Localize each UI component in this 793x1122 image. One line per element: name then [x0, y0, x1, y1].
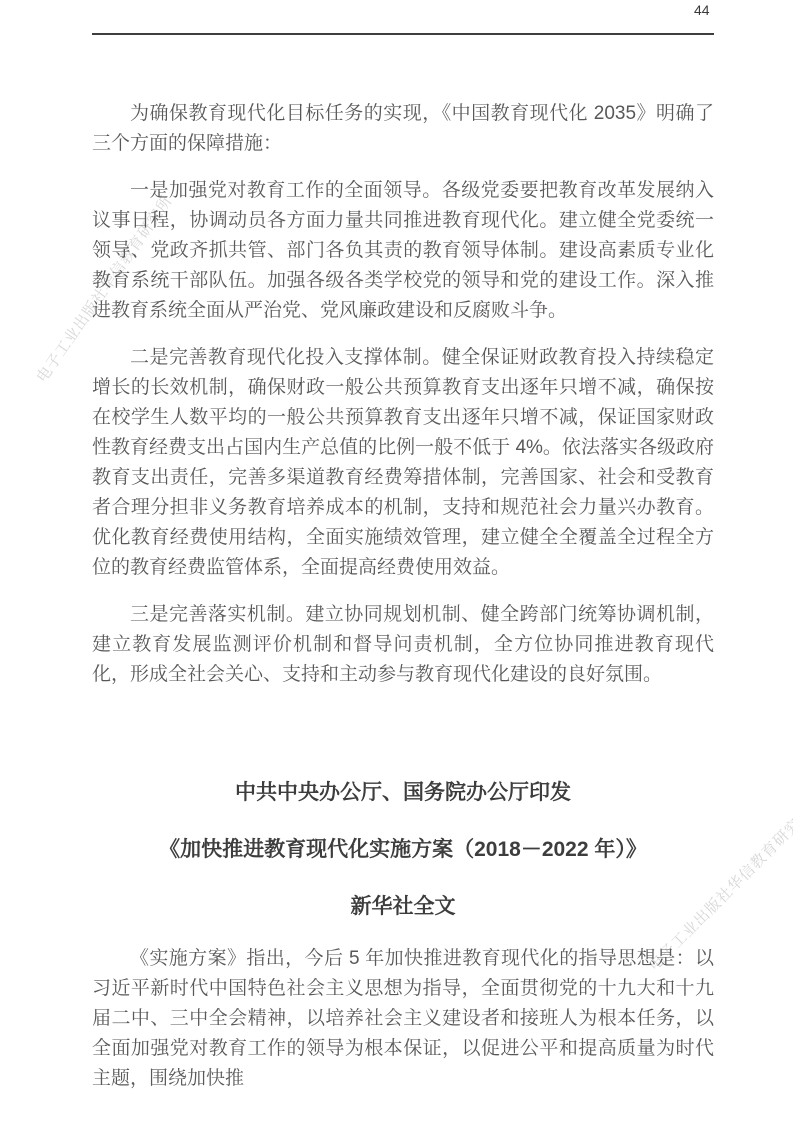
- page-number: 44: [694, 1, 710, 19]
- heading-document-title: 《加快推进教育现代化实施方案（2018－2022 年）》: [92, 835, 714, 865]
- paragraph-point-three-implementation-mechanism: 三是完善落实机制。建立协同规划机制、健全跨部门统筹协调机制，建立教育发展监测评价…: [92, 600, 714, 690]
- document-page: 电子工业出版社华信教育研究所 电子工业出版社华信教育研究所 44 为确保教育现代…: [0, 0, 793, 1122]
- header-rule: [92, 33, 714, 35]
- paragraph-intro-safeguards: 为确保教育现代化目标任务的实现，《中国教育现代化 2035》明确了三个方面的保障…: [92, 99, 714, 159]
- paragraph-point-two-investment-system: 二是完善教育现代化投入支撑体制。健全保证财政教育投入持续稳定增长的长效机制，确保…: [92, 343, 714, 583]
- page-content: 为确保教育现代化目标任务的实现，《中国教育现代化 2035》明确了三个方面的保障…: [92, 99, 714, 1094]
- heading-issuing-offices: 中共中央办公厅、国务院办公厅印发: [92, 778, 714, 808]
- paragraph-guiding-ideology: 《实施方案》指出，今后 5 年加快推进教育现代化的指导思想是：以习近平新时代中国…: [92, 944, 714, 1094]
- paragraph-point-one-party-leadership: 一是加强党对教育工作的全面领导。各级党委要把教育改革发展纳入议事日程，协调动员各…: [92, 176, 714, 326]
- heading-xinhua-full-text: 新华社全文: [92, 892, 714, 922]
